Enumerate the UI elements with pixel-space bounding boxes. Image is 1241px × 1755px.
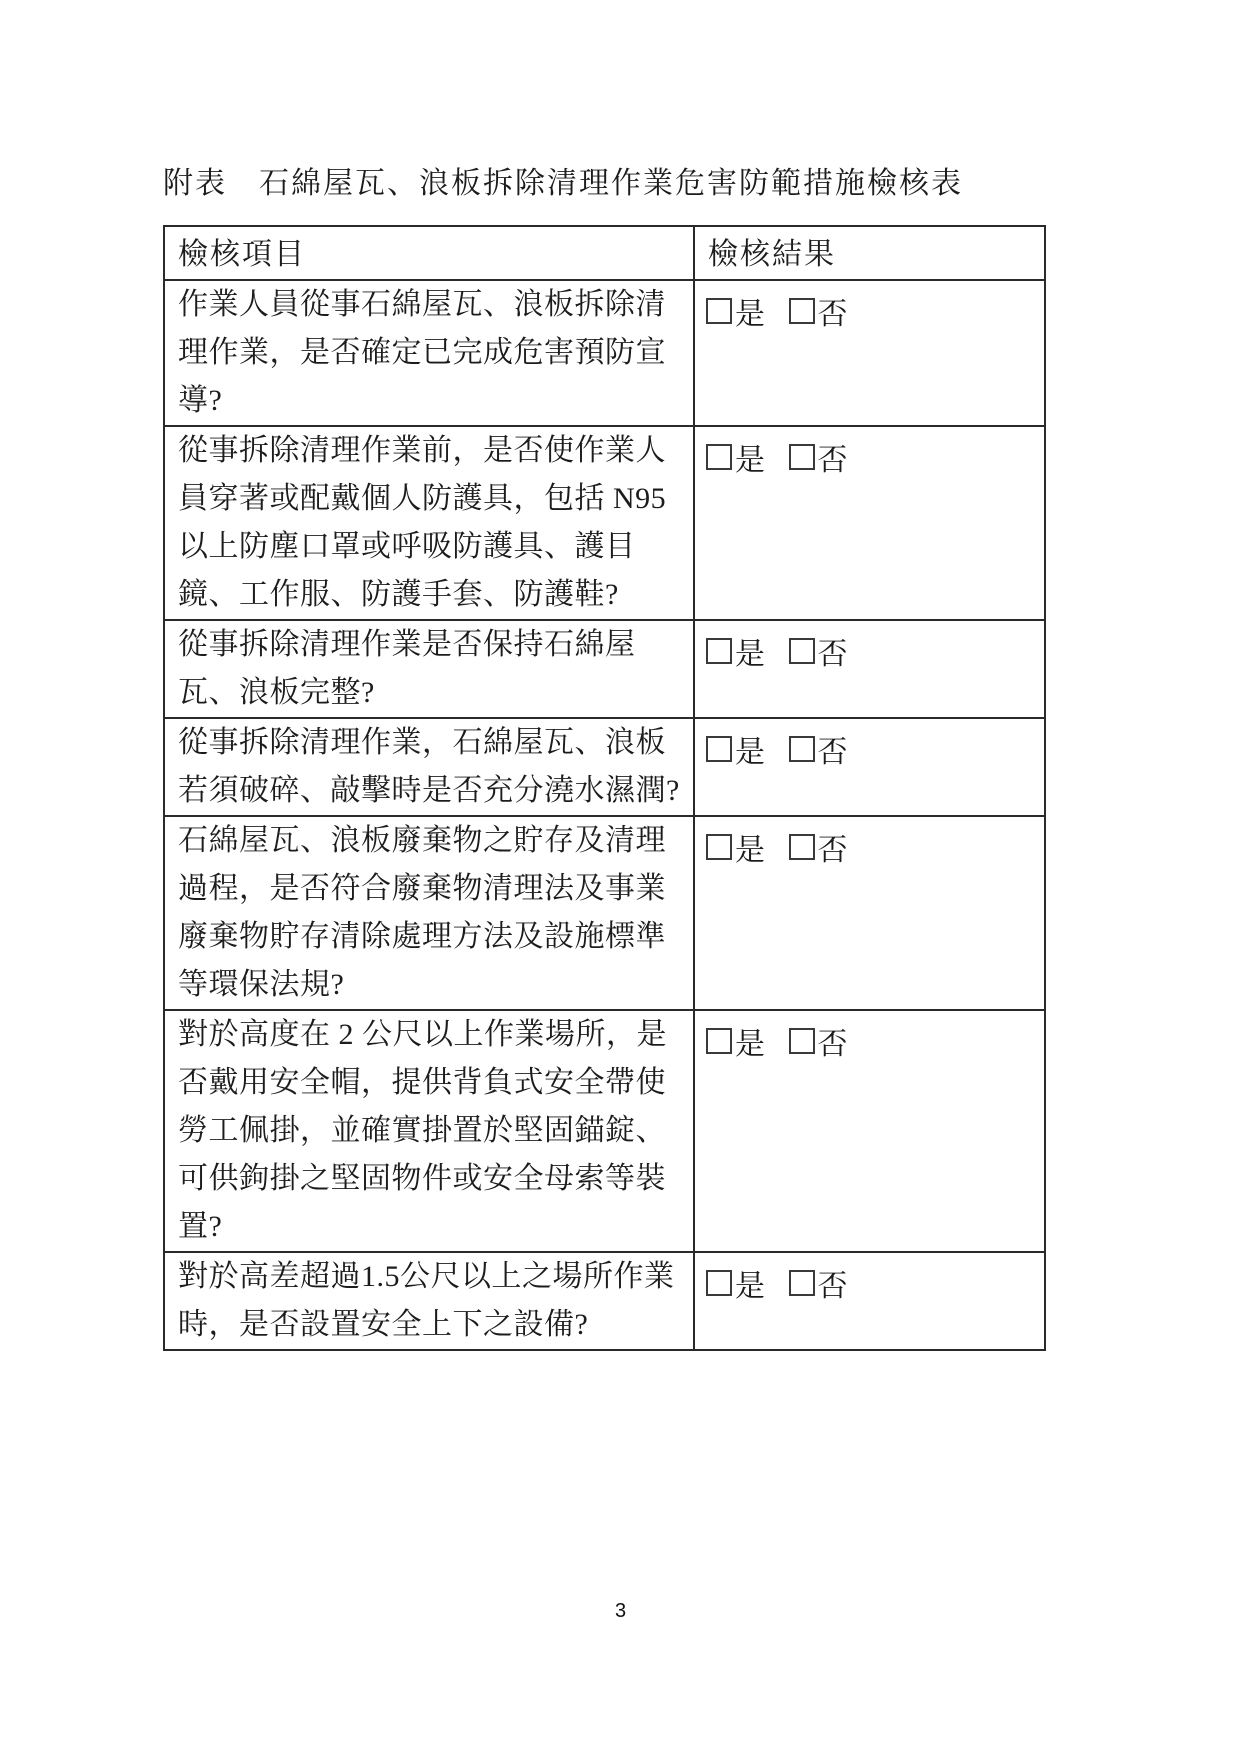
- yes-checkbox[interactable]: [706, 1270, 732, 1296]
- item-text: 石綿屋瓦、浪板廢棄物之貯存及清理過程，是否符合廢棄物清理法及事業廢棄物貯存清除處…: [164, 816, 694, 1010]
- result-cell: 是 否: [694, 1252, 1045, 1350]
- result-cell: 是 否: [694, 1010, 1045, 1252]
- result-cell: 是 否: [694, 718, 1045, 816]
- item-text: 從事拆除清理作業前，是否使作業人員穿著或配戴個人防護具，包括 N95 以上防塵口…: [164, 426, 694, 620]
- checklist-table: 檢核項目 檢核結果 作業人員從事石綿屋瓦、浪板拆除清理作業，是否確定已完成危害預…: [163, 225, 1046, 1351]
- yes-option: 是: [706, 289, 765, 333]
- no-checkbox[interactable]: [789, 1270, 815, 1296]
- yes-checkbox[interactable]: [706, 444, 732, 470]
- no-checkbox[interactable]: [789, 298, 815, 324]
- no-label: 否: [818, 727, 848, 771]
- no-option: 否: [789, 289, 848, 333]
- yes-option: 是: [706, 1019, 765, 1063]
- column-header-item: 檢核項目: [164, 226, 694, 280]
- yes-label: 是: [735, 1019, 765, 1063]
- yes-checkbox[interactable]: [706, 638, 732, 664]
- yes-label: 是: [735, 727, 765, 771]
- result-cell: 是 否: [694, 620, 1045, 718]
- result-cell: 是 否: [694, 280, 1045, 426]
- no-label: 否: [818, 435, 848, 479]
- yes-option: 是: [706, 825, 765, 869]
- yes-checkbox[interactable]: [706, 1028, 732, 1054]
- yes-checkbox[interactable]: [706, 834, 732, 860]
- yes-label: 是: [735, 289, 765, 333]
- table-row: 從事拆除清理作業是否保持石綿屋瓦、浪板完整? 是 否: [164, 620, 1045, 718]
- yes-option: 是: [706, 727, 765, 771]
- no-checkbox[interactable]: [789, 444, 815, 470]
- yes-checkbox[interactable]: [706, 298, 732, 324]
- no-option: 否: [789, 629, 848, 673]
- yes-label: 是: [735, 629, 765, 673]
- no-checkbox[interactable]: [789, 1028, 815, 1054]
- yes-label: 是: [735, 825, 765, 869]
- table-row: 對於高度在 2 公尺以上作業場所，是否戴用安全帽，提供背負式安全帶使勞工佩掛，並…: [164, 1010, 1045, 1252]
- no-label: 否: [818, 1019, 848, 1063]
- table-row: 石綿屋瓦、浪板廢棄物之貯存及清理過程，是否符合廢棄物清理法及事業廢棄物貯存清除處…: [164, 816, 1045, 1010]
- yes-option: 是: [706, 435, 765, 479]
- no-option: 否: [789, 825, 848, 869]
- no-option: 否: [789, 435, 848, 479]
- yes-label: 是: [735, 1261, 765, 1305]
- item-text: 作業人員從事石綿屋瓦、浪板拆除清理作業，是否確定已完成危害預防宣導?: [164, 280, 694, 426]
- no-label: 否: [818, 825, 848, 869]
- no-option: 否: [789, 1019, 848, 1063]
- document-title: 附表 石綿屋瓦、浪板拆除清理作業危害防範措施檢核表: [163, 165, 963, 203]
- yes-option: 是: [706, 1261, 765, 1305]
- no-label: 否: [818, 1261, 848, 1305]
- yes-checkbox[interactable]: [706, 736, 732, 762]
- table-row: 從事拆除清理作業，石綿屋瓦、浪板若須破碎、敲擊時是否充分澆水濕潤? 是 否: [164, 718, 1045, 816]
- page-number: 3: [0, 1600, 1241, 1623]
- no-label: 否: [818, 289, 848, 333]
- item-text: 從事拆除清理作業是否保持石綿屋瓦、浪板完整?: [164, 620, 694, 718]
- table-row: 對於高差超過1.5公尺以上之場所作業時，是否設置安全上下之設備? 是 否: [164, 1252, 1045, 1350]
- column-header-result: 檢核結果: [694, 226, 1045, 280]
- yes-option: 是: [706, 629, 765, 673]
- result-cell: 是 否: [694, 816, 1045, 1010]
- no-checkbox[interactable]: [789, 638, 815, 664]
- no-label: 否: [818, 629, 848, 673]
- item-text: 對於高度在 2 公尺以上作業場所，是否戴用安全帽，提供背負式安全帶使勞工佩掛，並…: [164, 1010, 694, 1252]
- item-text: 對於高差超過1.5公尺以上之場所作業時，是否設置安全上下之設備?: [164, 1252, 694, 1350]
- no-option: 否: [789, 727, 848, 771]
- result-cell: 是 否: [694, 426, 1045, 620]
- table-row: 從事拆除清理作業前，是否使作業人員穿著或配戴個人防護具，包括 N95 以上防塵口…: [164, 426, 1045, 620]
- item-text: 從事拆除清理作業，石綿屋瓦、浪板若須破碎、敲擊時是否充分澆水濕潤?: [164, 718, 694, 816]
- yes-label: 是: [735, 435, 765, 479]
- table-row: 作業人員從事石綿屋瓦、浪板拆除清理作業，是否確定已完成危害預防宣導? 是 否: [164, 280, 1045, 426]
- no-option: 否: [789, 1261, 848, 1305]
- header-row: 檢核項目 檢核結果: [164, 226, 1045, 280]
- no-checkbox[interactable]: [789, 736, 815, 762]
- no-checkbox[interactable]: [789, 834, 815, 860]
- document-page: 附表 石綿屋瓦、浪板拆除清理作業危害防範措施檢核表 檢核項目 檢核結果 作業人員…: [0, 0, 1241, 1755]
